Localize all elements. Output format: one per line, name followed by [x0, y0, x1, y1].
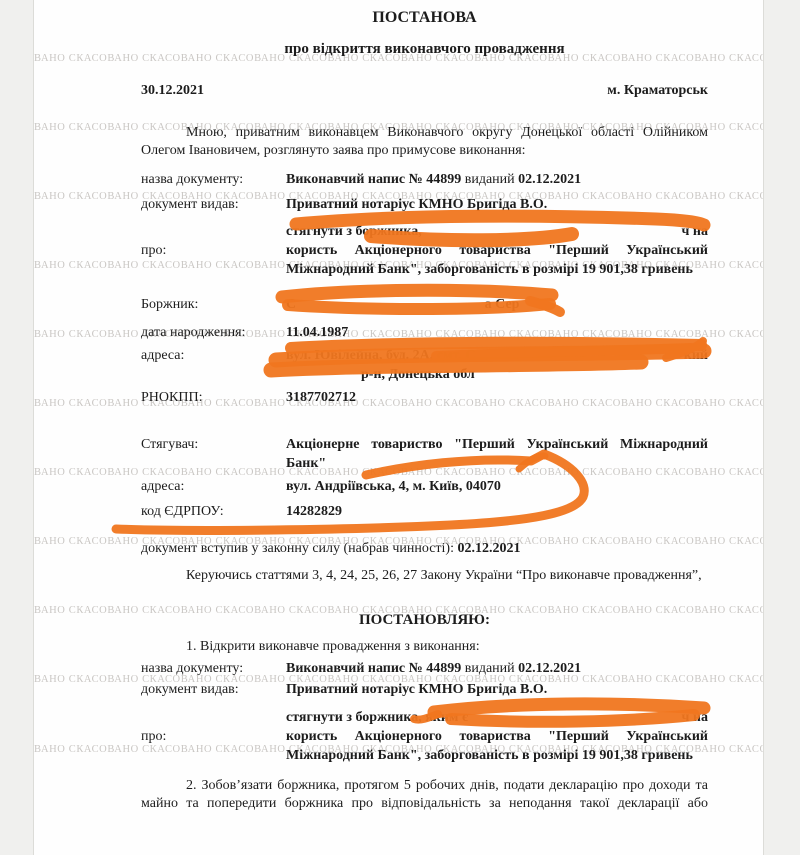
debtor-fragment-2: а Сер [485, 295, 520, 314]
doc2-issuer-row: документ видав: Приватний нотаріус КМНО … [141, 680, 708, 699]
debtor-rnokpp-row: РНОКПП: 3187702712 [141, 388, 708, 407]
doc1-name-value: Виконавчий напис № 44899 виданий 02.12.2… [286, 170, 708, 189]
creditor-address-label: адреса: [141, 477, 286, 496]
creditor-name-value: Акціонерне товариство "Перший Українськи… [286, 435, 708, 473]
intro-paragraph: Мною, приватним виконавцем Виконавчого о… [141, 124, 708, 160]
debtor-address-value: вул. Ювілейна, буд. 2А, смт. С кий р-н, … [286, 346, 708, 384]
debtor-fragment-1: С [286, 295, 296, 314]
doc1-about-value: стягнути з боржника, ч на користь Акціон… [286, 222, 708, 279]
closing-line-1: 2. Зобов’язати боржника, протягом 5 робо… [141, 777, 708, 795]
document-viewer: { "colors": { "redaction": "#f0761f", "w… [0, 0, 800, 855]
doc2-name-issued-word: виданий [465, 661, 515, 676]
creditor-row: Стягувач: Акціонерне товариство "Перший … [141, 435, 708, 473]
debtor-dob-row: дата народження: 11.04.1987 [141, 323, 708, 342]
legal-force-line: документ вступив у законну силу (набрав … [141, 539, 708, 558]
document-title: ПОСТАНОВА [141, 8, 708, 28]
closing-line-2: майно та попередити боржника про відпові… [141, 795, 708, 813]
creditor-address-row: адреса: вул. Андріївська, 4, м. Київ, 04… [141, 477, 708, 496]
legal-force-label: документ вступив у законну силу (набрав … [141, 541, 454, 556]
creditor-name-line-1: Акціонерне товариство "Перший Українськи… [286, 435, 708, 454]
doc1-about-prefix: стягнути з боржника, [286, 222, 422, 241]
creditor-block: Стягувач: Акціонерне товариство "Перший … [141, 435, 708, 521]
creditor-edrpou-value: 14282829 [286, 502, 708, 521]
intro-line-1: Мною, приватним виконавцем Виконавчого о… [141, 124, 708, 142]
debtor-name-fragments: С а Сер [286, 295, 708, 314]
doc1-about-label: про: [141, 241, 286, 260]
doc1-about-suffix: ч на [682, 222, 708, 241]
doc2-about-line-2: користь Акціонерного товариства "Перший … [286, 727, 708, 746]
doc2-name-label: назва документу: [141, 659, 286, 678]
doc2-name-issue-date: 02.12.2021 [518, 661, 581, 676]
debtor-label: Боржник: [141, 295, 286, 314]
creditor-address-value: вул. Андріївська, 4, м. Київ, 04070 [286, 477, 708, 496]
intro-line-2: Олегом Івановичем, розглянуто заява про … [141, 142, 708, 160]
debtor-address-row: адреса: вул. Ювілейна, буд. 2А, смт. С к… [141, 346, 708, 384]
doc1-issuer-row: документ видав: Приватний нотаріус КМНО … [141, 195, 708, 214]
doc2-issuer-label: документ видав: [141, 680, 286, 699]
doc2-about-line-1: стягнути з боржника, яким є ч на [286, 708, 708, 727]
legal-force-date: 02.12.2021 [457, 541, 520, 556]
guided-by-line: Керуючись статтями 3, 4, 24, 25, 26, 27 … [141, 567, 708, 585]
doc2-issuer-value: Приватний нотаріус КМНО Бригіда В.О. [286, 680, 708, 699]
creditor-name-line-2: Банк" [286, 454, 708, 473]
debtor-dob-value: 11.04.1987 [286, 323, 708, 342]
debtor-dob-label: дата народження: [141, 323, 286, 342]
doc2-about-suffix: ч на [682, 708, 708, 727]
debtor-address-line-1: вул. Ювілейна, буд. 2А, смт. С кий [286, 346, 708, 365]
doc2-name-row: назва документу: Виконавчий напис № 4489… [141, 659, 708, 678]
doc1-about-line-1: стягнути з боржника, ч на [286, 222, 708, 241]
debtor-row: Боржник: С а Сер [141, 295, 708, 314]
creditor-label: Стягувач: [141, 435, 286, 473]
doc1-name-issued-word: виданий [465, 172, 515, 187]
doc2-about-value: стягнути з боржника, яким є ч на користь… [286, 708, 708, 765]
debtor-address-label: адреса: [141, 346, 286, 384]
doc1-name-issue-date: 02.12.2021 [518, 172, 581, 187]
doc1-about-line-2: користь Акціонерного товариства "Перший … [286, 241, 708, 260]
doc1-issuer-label: документ видав: [141, 195, 286, 214]
debtor-address-suffix: кий [684, 346, 708, 365]
doc1-about-row: про: стягнути з боржника, ч на користь А… [141, 222, 708, 279]
doc2-about-line-3: Міжнародний Банк", заборгованість в розм… [286, 746, 708, 765]
document-content: ПОСТАНОВА про відкриття виконавчого пров… [34, 0, 763, 813]
resolution-item-1: 1. Відкрити виконавче провадження з вико… [141, 638, 708, 656]
doc2-about-label: про: [141, 727, 286, 746]
closing-paragraph: 2. Зобов’язати боржника, протягом 5 робо… [141, 777, 708, 813]
creditor-edrpou-label: код ЄДРПОУ: [141, 502, 286, 521]
document-city: м. Краматорськ [607, 81, 708, 100]
debtor-rnokpp-label: РНОКПП: [141, 388, 286, 407]
doc2-name-number: Виконавчий напис № 44899 [286, 661, 461, 676]
doc2-about-row: про: стягнути з боржника, яким є ч на ко… [141, 708, 708, 765]
doc1-issuer-value: Приватний нотаріус КМНО Бригіда В.О. [286, 195, 708, 214]
debtor-rnokpp-value: 3187702712 [286, 388, 708, 407]
doc2-name-value: Виконавчий напис № 44899 виданий 02.12.2… [286, 659, 708, 678]
resolution-heading: ПОСТАНОВЛЯЮ: [141, 611, 708, 630]
date-city-row: 30.12.2021 м. Краматорськ [141, 81, 708, 100]
creditor-edrpou-row: код ЄДРПОУ: 14282829 [141, 502, 708, 521]
doc1-name-number: Виконавчий напис № 44899 [286, 172, 461, 187]
debtor-address-prefix: вул. Ювілейна, буд. 2А, смт. С [286, 346, 475, 365]
debtor-address-line-2: р-н, Донецька обл [286, 365, 708, 384]
doc1-name-label: назва документу: [141, 170, 286, 189]
doc2-about-prefix: стягнути з боржника, яким є [286, 708, 468, 727]
debtor-value: С а Сер [286, 295, 708, 314]
doc1-name-row: назва документу: Виконавчий напис № 4489… [141, 170, 708, 189]
document-page: ВАНО СКАСОВАНО СКАСОВАНО СКАСОВАНО СКАСО… [33, 0, 764, 855]
document-date: 30.12.2021 [141, 81, 204, 100]
document-subtitle: про відкриття виконавчого провадження [141, 40, 708, 59]
doc1-about-line-3: Міжнародний Банк", заборгованість в розм… [286, 260, 708, 279]
